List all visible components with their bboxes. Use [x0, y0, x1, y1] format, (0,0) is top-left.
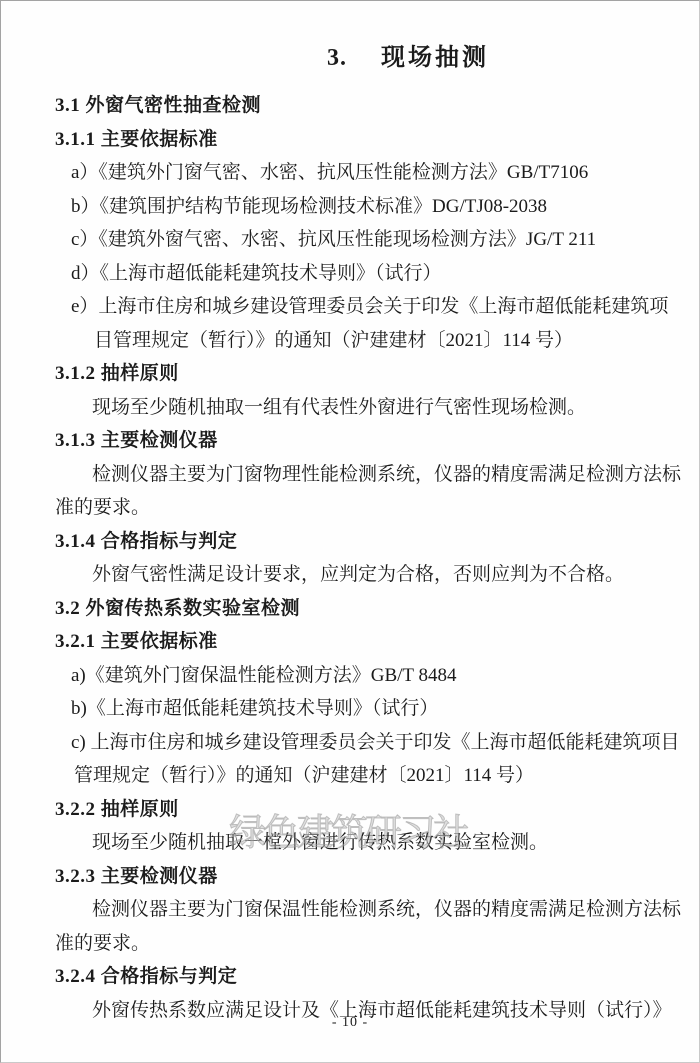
document-body: 3.1 外窗气密性抽查检测3.1.1 主要依据标准a）《建筑外门窗气密、水密、抗…	[55, 89, 669, 1027]
list-item: a)《建筑外门窗保温性能检测方法》GB/T 8484	[55, 659, 669, 693]
section-heading: 3.2 外窗传热系数实验室检测	[55, 592, 669, 626]
document-page: 3.现场抽测 3.1 外窗气密性抽查检测3.1.1 主要依据标准a）《建筑外门窗…	[0, 0, 700, 1063]
subsection-heading: 3.2.2 抽样原则	[55, 793, 669, 827]
list-item-continuation: 管理规定（暂行）》的通知（沪建建材〔2021〕114 号）	[55, 759, 669, 793]
paragraph-continuation: 准的要求。	[55, 927, 669, 961]
subsection-heading: 3.1.3 主要检测仪器	[55, 424, 669, 458]
paragraph-first: 外窗传热系数应满足设计及《上海市超低能耗建筑技术导则（试行）》	[55, 994, 669, 1028]
list-item: b）《建筑围护结构节能现场检测技术标准》DG/TJ08-2038	[55, 190, 669, 224]
section-heading: 3.1 外窗气密性抽查检测	[55, 89, 669, 123]
subsection-heading: 3.1.2 抽样原则	[55, 357, 669, 391]
paragraph-first: 检测仪器主要为门窗保温性能检测系统，仪器的精度需满足检测方法标	[55, 893, 669, 927]
subsection-heading: 3.1.1 主要依据标准	[55, 123, 669, 157]
paragraph-first: 现场至少随机抽取一组有代表性外窗进行气密性现场检测。	[55, 391, 669, 425]
chapter-title-text: 现场抽测	[381, 45, 489, 71]
page-title: 3.现场抽测	[1, 37, 699, 72]
subsection-heading: 3.2.3 主要检测仪器	[55, 860, 669, 894]
list-item: e）上海市住房和城乡建设管理委员会关于印发《上海市超低能耗建筑项	[55, 290, 669, 324]
subsection-heading: 3.2.1 主要依据标准	[55, 625, 669, 659]
paragraph-first: 外窗气密性满足设计要求，应判定为合格，否则应判为不合格。	[55, 558, 669, 592]
list-item: a）《建筑外门窗气密、水密、抗风压性能检测方法》GB/T7106	[55, 156, 669, 190]
chapter-number: 3.	[327, 45, 347, 71]
subsection-heading: 3.2.4 合格指标与判定	[55, 960, 669, 994]
list-item-continuation-deep: 目管理规定（暂行）》的通知（沪建建材〔2021〕114 号）	[55, 324, 669, 358]
paragraph-first: 检测仪器主要为门窗物理性能检测系统，仪器的精度需满足检测方法标	[55, 458, 669, 492]
subsection-heading: 3.1.4 合格指标与判定	[55, 525, 669, 559]
list-item: c）《建筑外窗气密、水密、抗风压性能现场检测方法》JG/T 211	[55, 223, 669, 257]
paragraph-continuation: 准的要求。	[55, 491, 669, 525]
list-item: c) 上海市住房和城乡建设管理委员会关于印发《上海市超低能耗建筑项目	[55, 726, 669, 760]
paragraph-first: 现场至少随机抽取一樘外窗进行传热系数实验室检测。	[55, 826, 669, 860]
list-item: b)《上海市超低能耗建筑技术导则》（试行）	[55, 692, 669, 726]
list-item: d）《上海市超低能耗建筑技术导则》（试行）	[55, 257, 669, 291]
